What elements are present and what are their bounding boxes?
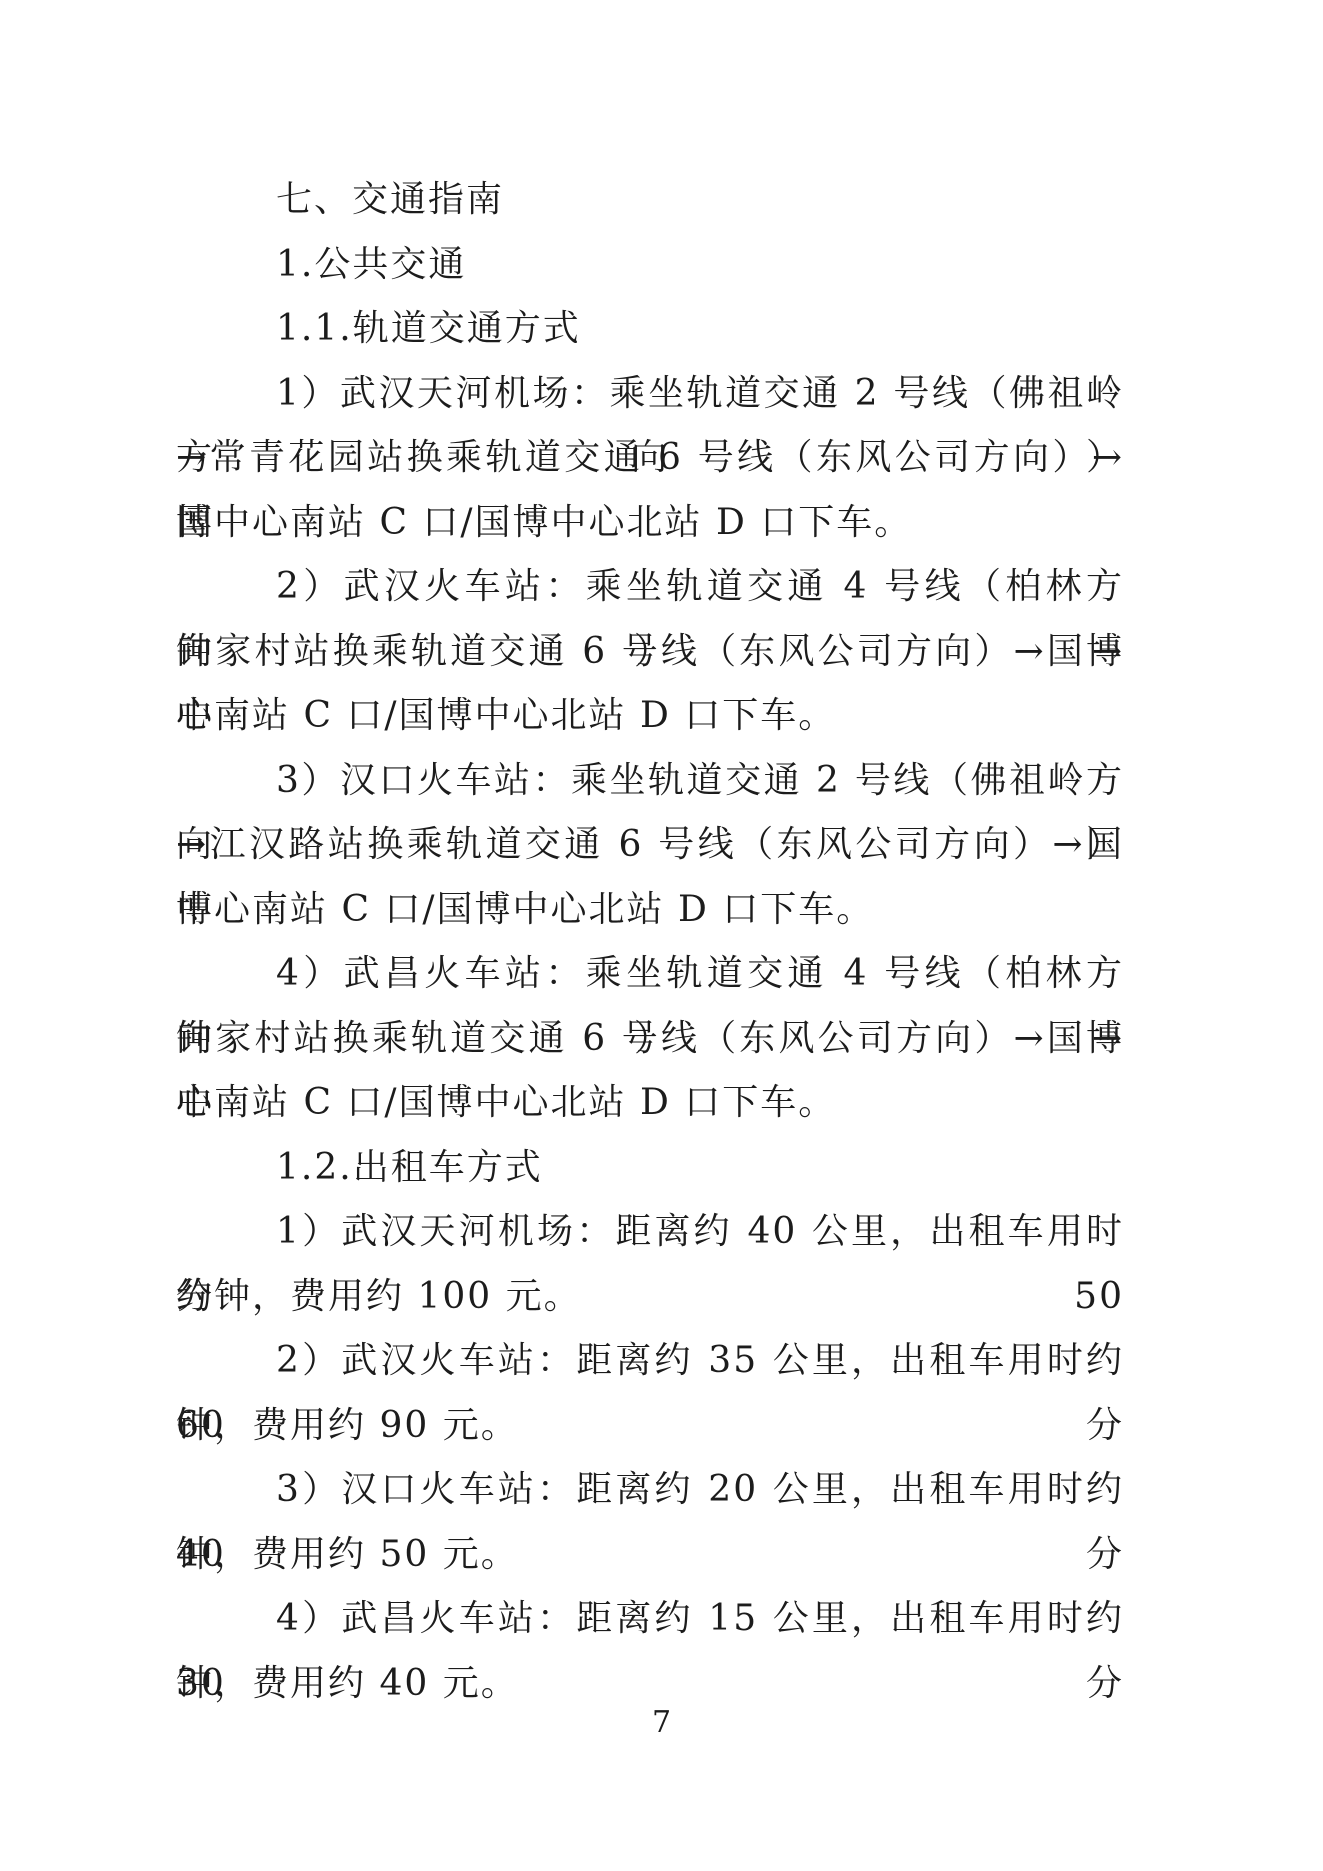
page-number: 7 — [0, 1700, 1323, 1746]
text-line: 1）武汉天河机场：距离约 40 公里，出租车用时约 50 — [176, 1200, 1124, 1265]
text-line: 4）武昌火车站：距离约 15 公里，出租车用时约 30 分 — [176, 1587, 1124, 1652]
text-line: 1）武汉天河机场：乘坐轨道交通 2 号线（佛祖岭方向） — [176, 362, 1124, 427]
text-line: 心南站 C 口/国博中心北站 D 口下车。 — [176, 684, 1124, 749]
text-line: 1.2.出租车方式 — [176, 1136, 1124, 1201]
text-line: 博中心南站 C 口/国博中心北站 D 口下车。 — [176, 491, 1124, 556]
text-line: 中心南站 C 口/国博中心北站 D 口下车。 — [176, 878, 1124, 943]
text-line: 3）汉口火车站：乘坐轨道交通 2 号线（佛祖岭方向） — [176, 749, 1124, 814]
text-line: 2）武汉火车站：距离约 35 公里，出租车用时约 60 分 — [176, 1329, 1124, 1394]
text-line: →江汉路站换乘轨道交通 6 号线（东风公司方向）→国博 — [176, 813, 1124, 878]
text-line: →常青花园站换乘轨道交通 6 号线（东风公司方向）→国 — [176, 426, 1124, 491]
text-line: 3）汉口火车站：距离约 20 公里，出租车用时约 40 分 — [176, 1458, 1124, 1523]
text-line: 4）武昌火车站：乘坐轨道交通 4 号线（柏林方向）→ — [176, 942, 1124, 1007]
text-line: 钟家村站换乘轨道交通 6 号线（东风公司方向）→国博中 — [176, 620, 1124, 685]
document-body: 七、交通指南1.公共交通1.1.轨道交通方式1）武汉天河机场：乘坐轨道交通 2 … — [176, 168, 1124, 1716]
text-line: 心南站 C 口/国博中心北站 D 口下车。 — [176, 1071, 1124, 1136]
text-line: 1.1.轨道交通方式 — [176, 297, 1124, 362]
text-line: 1.公共交通 — [176, 233, 1124, 298]
text-line: 2）武汉火车站：乘坐轨道交通 4 号线（柏林方向）→ — [176, 555, 1124, 620]
text-line: 钟家村站换乘轨道交通 6 号线（东风公司方向）→国博中 — [176, 1007, 1124, 1072]
text-line: 七、交通指南 — [176, 168, 1124, 233]
document-page: 七、交通指南1.公共交通1.1.轨道交通方式1）武汉天河机场：乘坐轨道交通 2 … — [0, 0, 1323, 1871]
